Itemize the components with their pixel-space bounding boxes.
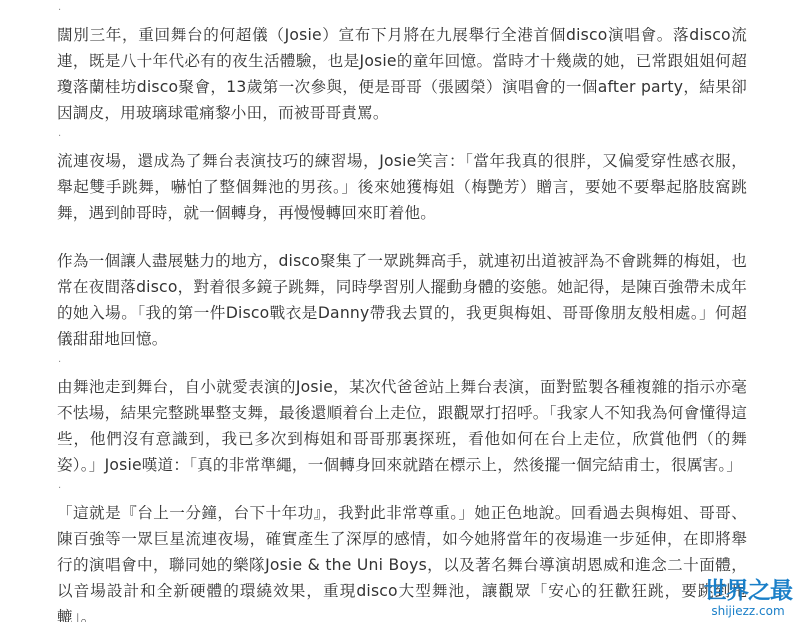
paragraph-5: 「這就是『台上一分鐘，台下十年功』，我對此非常尊重。」她正色地說。回看過去與梅姐… [57, 500, 747, 622]
paragraph-marker: · [57, 352, 747, 374]
paragraph-marker: · [57, 126, 747, 148]
paragraph-marker: · [57, 478, 747, 500]
watermark-domain: shijiezz.com [702, 604, 794, 618]
paragraph-4: 由舞池走到舞台，自小就愛表演的Josie，某次代爸爸站上舞台表演，面對監製各種複… [57, 374, 747, 478]
paragraph-marker: · [57, 0, 747, 22]
watermark-title: 世界之最 [702, 578, 794, 604]
paragraph-1: 闊別三年，重回舞台的何超儀（Josie）宣布下月將在九展舉行全港首個disco演… [57, 22, 747, 126]
paragraph-3: 作為一個讓人盡展魅力的地方，disco聚集了一眾跳舞高手，就連初出道被評為不會跳… [57, 248, 747, 352]
article-body: · 闊別三年，重回舞台的何超儀（Josie）宣布下月將在九展舉行全港首個disc… [57, 0, 747, 622]
site-watermark: 世界之最 shijiezz.com [702, 578, 794, 618]
paragraph-2: 流連夜場，還成為了舞台表演技巧的練習場，Josie笑言：「當年我真的很胖，又偏愛… [57, 148, 747, 226]
